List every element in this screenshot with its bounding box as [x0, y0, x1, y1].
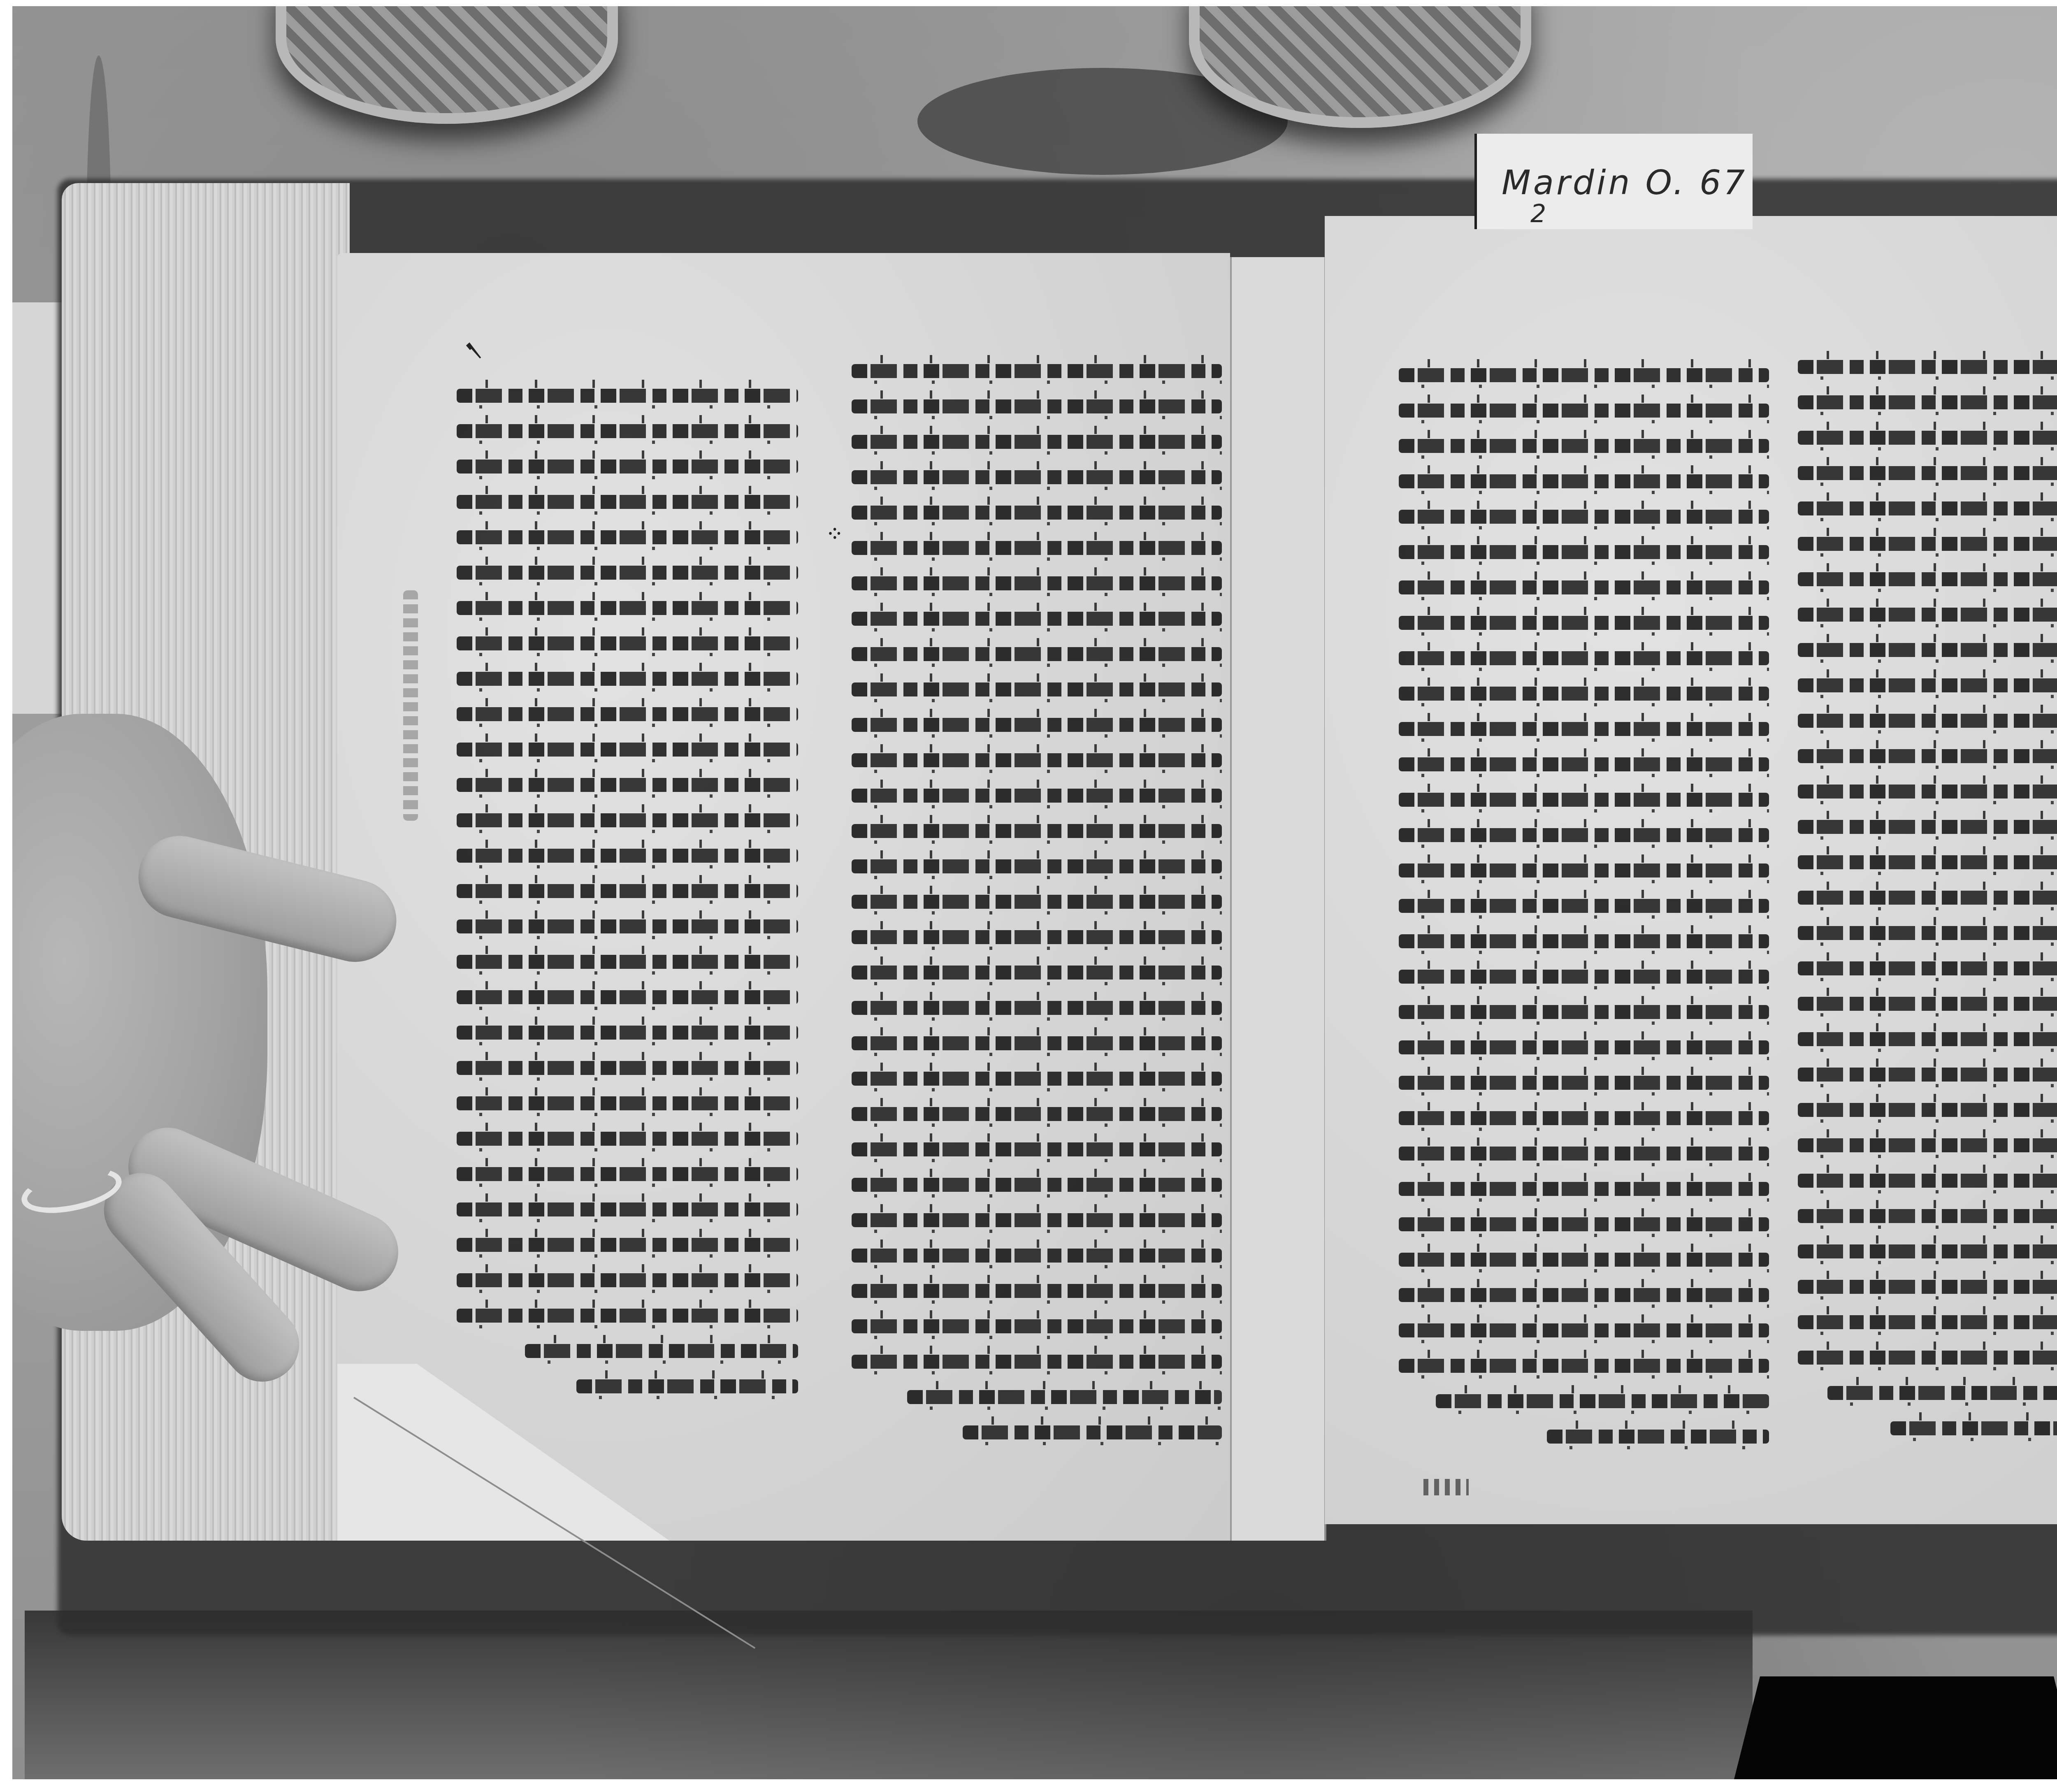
text-line — [1798, 1174, 2057, 1188]
text-line — [1399, 1076, 1769, 1090]
text-line — [852, 1319, 1222, 1333]
text-line — [457, 707, 798, 721]
text-line — [852, 506, 1222, 520]
text-line — [457, 601, 798, 615]
text-line — [1399, 1253, 1769, 1267]
text-line — [1798, 1068, 2057, 1082]
dark-object-bottom — [1732, 1676, 2057, 1779]
text-line — [457, 813, 798, 827]
text-line — [852, 789, 1222, 803]
text-line — [1399, 1005, 1769, 1019]
page-ornament-glyph: ܢ — [465, 325, 481, 355]
text-line — [1399, 687, 1769, 701]
text-line — [1399, 651, 1769, 665]
text-line — [1399, 1182, 1769, 1196]
text-line — [457, 636, 798, 650]
text-line — [1798, 785, 2057, 799]
text-line — [1798, 1032, 2057, 1046]
text-line — [457, 884, 798, 898]
text-line — [1399, 1111, 1769, 1125]
text-line — [852, 1249, 1222, 1263]
text-line — [907, 1390, 1222, 1404]
text-line — [457, 530, 798, 544]
text-line — [1798, 1315, 2057, 1329]
text-line — [1399, 1288, 1769, 1302]
ground-shadow — [25, 1611, 1753, 1779]
text-line — [1399, 404, 1769, 418]
text-line — [1547, 1430, 1769, 1444]
text-line — [1399, 828, 1769, 842]
text-line — [457, 1309, 798, 1323]
text-line — [1890, 1421, 2057, 1435]
text-line — [457, 919, 798, 933]
text-line — [1798, 431, 2057, 445]
text-line — [1399, 899, 1769, 913]
text-line — [1399, 510, 1769, 524]
text-line — [963, 1425, 1222, 1439]
text-line — [1399, 864, 1769, 877]
text-line — [1798, 1280, 2057, 1294]
text-line — [852, 1284, 1222, 1298]
text-line — [457, 955, 798, 969]
text-line — [1399, 722, 1769, 736]
text-line — [457, 460, 798, 474]
text-line — [457, 990, 798, 1004]
text-line — [852, 1107, 1222, 1121]
text-line — [1798, 1103, 2057, 1117]
text-line — [1827, 1386, 2057, 1400]
text-line — [1399, 368, 1769, 382]
text-line — [852, 895, 1222, 909]
text-line — [1798, 678, 2057, 692]
gutter-stub — [1230, 257, 1326, 1541]
text-line — [1399, 545, 1769, 559]
text-line — [1399, 1359, 1769, 1373]
text-line — [852, 399, 1222, 413]
text-line — [852, 647, 1222, 661]
text-line — [1399, 1040, 1769, 1054]
text-line — [576, 1379, 799, 1393]
text-line — [1399, 616, 1769, 630]
text-line — [1399, 793, 1769, 807]
text-line — [1399, 439, 1769, 453]
text-line — [1399, 970, 1769, 984]
text-line — [852, 859, 1222, 873]
text-line — [457, 424, 798, 438]
text-line — [852, 1213, 1222, 1227]
text-line — [457, 389, 798, 403]
text-line — [852, 718, 1222, 732]
shelfmark-title: Mardin O. 67 — [1502, 163, 1747, 202]
text-line — [1798, 961, 2057, 975]
text-line — [1399, 1323, 1769, 1337]
text-line — [457, 1202, 798, 1216]
text-line — [1399, 580, 1769, 594]
text-line — [1798, 360, 2057, 374]
text-line — [1798, 572, 2057, 586]
text-line — [852, 1072, 1222, 1086]
text-line — [1798, 855, 2057, 869]
text-line — [1798, 891, 2057, 905]
text-line — [852, 612, 1222, 626]
text-line — [457, 849, 798, 863]
text-line — [852, 682, 1222, 696]
text-line — [457, 672, 798, 686]
text-line — [852, 1036, 1222, 1050]
text-line — [852, 576, 1222, 590]
text-line — [1798, 749, 2057, 763]
text-line — [1436, 1394, 1769, 1408]
text-line — [1798, 714, 2057, 728]
shelfmark-label-card: Mardin O. 67 2 — [1477, 134, 1753, 229]
manuscript-photograph: ܢ ܀ — [12, 6, 2057, 1779]
text-line — [1798, 926, 2057, 940]
text-line — [852, 753, 1222, 767]
text-line — [457, 1132, 798, 1146]
left-shoe — [276, 6, 618, 124]
text-line — [852, 541, 1222, 555]
text-line — [852, 1001, 1222, 1015]
text-line — [1798, 1209, 2057, 1223]
text-line — [1399, 1147, 1769, 1161]
text-line — [1798, 608, 2057, 622]
text-line — [1798, 643, 2057, 657]
quire-catchword — [1423, 1479, 1469, 1495]
text-line — [1399, 934, 1769, 948]
text-line — [457, 1026, 798, 1040]
text-line — [1399, 757, 1769, 771]
text-line — [1798, 820, 2057, 834]
text-line — [1798, 997, 2057, 1011]
text-line — [457, 1273, 798, 1287]
column-side-mark: ܀ — [827, 516, 842, 545]
shelfmark-subtitle: 2 — [1530, 200, 1546, 228]
text-line — [852, 470, 1222, 484]
text-line — [1798, 1351, 2057, 1365]
right-page-inner-column — [1399, 368, 1769, 1465]
marginal-note-vertical — [403, 590, 418, 821]
text-line — [525, 1344, 798, 1358]
text-line — [852, 966, 1222, 980]
text-line — [852, 435, 1222, 449]
left-page-outer-column — [457, 389, 798, 1415]
text-line — [1798, 1244, 2057, 1258]
text-line — [852, 364, 1222, 378]
right-page-outer-column — [1798, 360, 2057, 1457]
text-line — [457, 778, 798, 792]
text-line — [1798, 1138, 2057, 1152]
text-line — [457, 743, 798, 757]
text-line — [852, 1142, 1222, 1156]
text-line — [457, 1096, 798, 1110]
text-line — [457, 1061, 798, 1075]
text-line — [1399, 1217, 1769, 1231]
text-line — [1798, 466, 2057, 480]
text-line — [457, 495, 798, 509]
text-line — [1798, 501, 2057, 515]
text-line — [1399, 474, 1769, 488]
text-line — [1798, 395, 2057, 409]
text-line — [1798, 537, 2057, 551]
left-page-inner-column — [852, 364, 1222, 1461]
text-line — [457, 1167, 798, 1181]
text-line — [852, 1178, 1222, 1192]
text-line — [457, 1238, 798, 1252]
text-line — [852, 824, 1222, 838]
text-line — [852, 930, 1222, 944]
text-line — [457, 566, 798, 580]
text-line — [852, 1355, 1222, 1369]
